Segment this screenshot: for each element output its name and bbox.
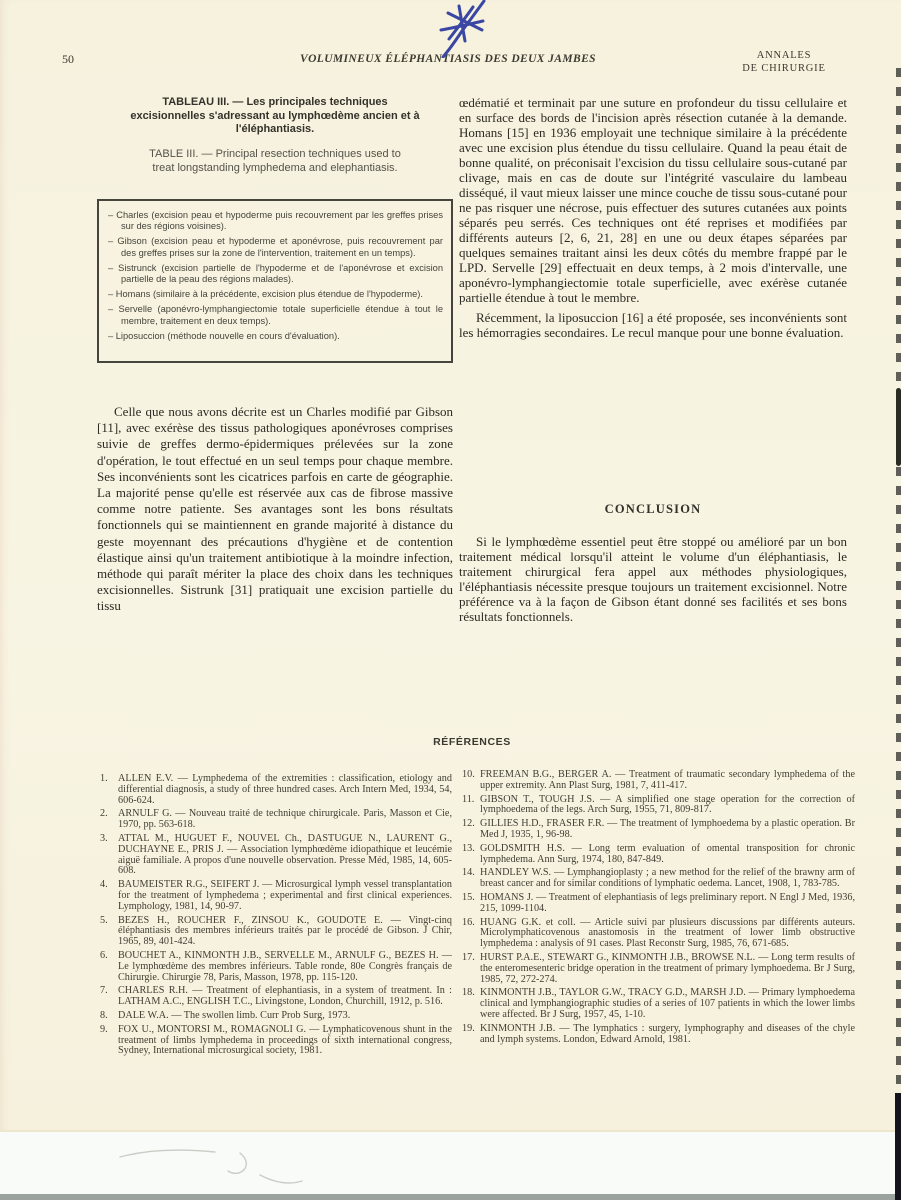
reference-number: 16. — [462, 918, 480, 950]
reference-number: 14. — [462, 868, 480, 890]
references-column-left: 1.ALLEN E.V. — Lymphedema of the extremi… — [100, 774, 452, 1060]
reference-text: GIBSON T., TOUGH J.S. — A simplified one… — [480, 795, 855, 817]
reference-item: 2.ARNULF G. — Nouveau traité de techniqu… — [100, 809, 452, 831]
reference-item: 4.BAUMEISTER R.G., SEIFERT J. — Microsur… — [100, 880, 452, 912]
references-column-right: 10.FREEMAN B.G., BERGER A. — Treatment o… — [462, 770, 855, 1048]
reference-text: HANDLEY W.S. — Lymphangioplasty ; a new … — [480, 868, 855, 890]
reference-number: 4. — [100, 880, 118, 912]
reference-number: 12. — [462, 819, 480, 841]
reference-number: 19. — [462, 1024, 480, 1046]
scan-edge-marks — [896, 68, 901, 1093]
references-heading: RÉFÉRENCES — [97, 736, 847, 748]
reference-text: GOLDSMITH H.S. — Long term evaluation of… — [480, 844, 855, 866]
table-caption-french-text: TABLEAU III. — Les principales technique… — [125, 96, 425, 137]
right-column: œdématié et terminait par une suture en … — [459, 95, 847, 340]
reference-number: 6. — [100, 951, 118, 983]
reference-number: 18. — [462, 988, 480, 1020]
reference-item: 3.ATTAL M., HUGUET F., NOUVEL Ch., DASTU… — [100, 834, 452, 877]
reference-number: 2. — [100, 809, 118, 831]
list-item: – Sistrunck (excision partielle de l'hyp… — [108, 263, 443, 285]
table-caption-english: TABLE III. — Principal resection techniq… — [97, 148, 453, 175]
reference-text: BAUMEISTER R.G., SEIFERT J. — Microsurgi… — [118, 880, 452, 912]
reference-number: 10. — [462, 770, 480, 792]
reference-item: 7.CHARLES R.H. — Treatment of elephantia… — [100, 986, 452, 1008]
reference-item: 11.GIBSON T., TOUGH J.S. — A simplified … — [462, 795, 855, 817]
reference-item: 9.FOX U., MONTORSI M., ROMAGNOLI G. — Ly… — [100, 1025, 452, 1057]
handwritten-asterisk-icon — [428, 0, 496, 58]
reference-number: 5. — [100, 916, 118, 948]
list-item: – Homans (similaire à la précédente, exc… — [108, 289, 443, 300]
reference-text: ALLEN E.V. — Lymphedema of the extremiti… — [118, 774, 452, 806]
conclusion-paragraph: Si le lymphœdème essentiel peut être sto… — [459, 534, 847, 624]
reference-item: 19.KINMONTH J.B. — The lymphatics : surg… — [462, 1024, 855, 1046]
reference-text: KINMONTH J.B. — The lymphatics : surgery… — [480, 1024, 855, 1046]
table-caption-french: TABLEAU III. — Les principales technique… — [97, 96, 453, 137]
reference-number: 11. — [462, 795, 480, 817]
reference-text: BOUCHET A., KINMONTH J.B., SERVELLE M., … — [118, 951, 452, 983]
journal-name: ANNALES DE CHIRURGIE — [728, 50, 840, 75]
reference-text: CHARLES R.H. — Treatment of elephantiasi… — [118, 986, 452, 1008]
reference-number: 9. — [100, 1025, 118, 1057]
list-item: – Servelle (aponévro-lymphangiectomie to… — [108, 304, 443, 326]
reference-text: GILLIES H.D., FRASER F.R. — The treatmen… — [480, 819, 855, 841]
reference-number: 7. — [100, 986, 118, 1008]
reference-number: 15. — [462, 893, 480, 915]
body-paragraph-left: Celle que nous avons décrite est un Char… — [97, 404, 453, 615]
scan-edge-bar — [895, 1093, 901, 1200]
reference-item: 5.BEZES H., ROUCHER F., ZINSOU K., GOUDO… — [100, 916, 452, 948]
list-item: – Liposuccion (méthode nouvelle en cours… — [108, 331, 443, 342]
reference-text: HURST P.A.E., STEWART G., KINMONTH J.B.,… — [480, 953, 855, 985]
reference-item: 10.FREEMAN B.G., BERGER A. — Treatment o… — [462, 770, 855, 792]
scan-edge-smudge — [896, 388, 901, 466]
reference-number: 17. — [462, 953, 480, 985]
reference-number: 13. — [462, 844, 480, 866]
body-paragraph-right-2: Récemment, la liposuccion [16] a été pro… — [459, 310, 847, 340]
body-paragraph-right-1: œdématié et terminait par une suture en … — [459, 95, 847, 305]
reference-number: 1. — [100, 774, 118, 806]
reference-text: DALE W.A. — The swollen limb. Curr Prob … — [118, 1011, 452, 1022]
journal-name-line2: DE CHIRURGIE — [728, 63, 840, 76]
reference-text: HUANG G.K. et coll. — Article suivi par … — [480, 918, 855, 950]
reference-item: 14.HANDLEY W.S. — Lymphangioplasty ; a n… — [462, 868, 855, 890]
reference-item: 15.HOMANS J. — Treatment of elephantiasi… — [462, 893, 855, 915]
reference-text: BEZES H., ROUCHER F., ZINSOU K., GOUDOTE… — [118, 916, 452, 948]
reference-text: ATTAL M., HUGUET F., NOUVEL Ch., DASTUGU… — [118, 834, 452, 877]
reference-text: FOX U., MONTORSI M., ROMAGNOLI G. — Lymp… — [118, 1025, 452, 1057]
reference-item: 13.GOLDSMITH H.S. — Long term evaluation… — [462, 844, 855, 866]
reference-item: 12.GILLIES H.D., FRASER F.R. — The treat… — [462, 819, 855, 841]
reference-item: 6.BOUCHET A., KINMONTH J.B., SERVELLE M.… — [100, 951, 452, 983]
reference-text: HOMANS J. — Treatment of elephantiasis o… — [480, 893, 855, 915]
reference-number: 8. — [100, 1011, 118, 1022]
reference-number: 3. — [100, 834, 118, 877]
list-item: – Gibson (excision peau et hypoderme et … — [108, 236, 443, 258]
pencil-scribble — [90, 1135, 350, 1195]
reference-text: ARNULF G. — Nouveau traité de technique … — [118, 809, 452, 831]
reference-item: 8.DALE W.A. — The swollen limb. Curr Pro… — [100, 1011, 452, 1022]
journal-name-line1: ANNALES — [728, 50, 840, 63]
reference-item: 18.KINMONTH J.B., TAYLOR G.W., TRACY G.D… — [462, 988, 855, 1020]
table-caption-english-text: TABLE III. — Principal resection techniq… — [144, 148, 406, 175]
list-item: – Charles (excision peau et hypoderme pu… — [108, 210, 443, 232]
reference-text: KINMONTH J.B., TAYLOR G.W., TRACY G.D., … — [480, 988, 855, 1020]
conclusion-heading: CONCLUSION — [459, 502, 847, 517]
reference-text: FREEMAN B.G., BERGER A. — Treatment of t… — [480, 770, 855, 792]
reference-item: 17.HURST P.A.E., STEWART G., KINMONTH J.… — [462, 953, 855, 985]
reference-item: 16.HUANG G.K. et coll. — Article suivi p… — [462, 918, 855, 950]
techniques-table: – Charles (excision peau et hypoderme pu… — [97, 199, 453, 363]
reference-item: 1.ALLEN E.V. — Lymphedema of the extremi… — [100, 774, 452, 806]
